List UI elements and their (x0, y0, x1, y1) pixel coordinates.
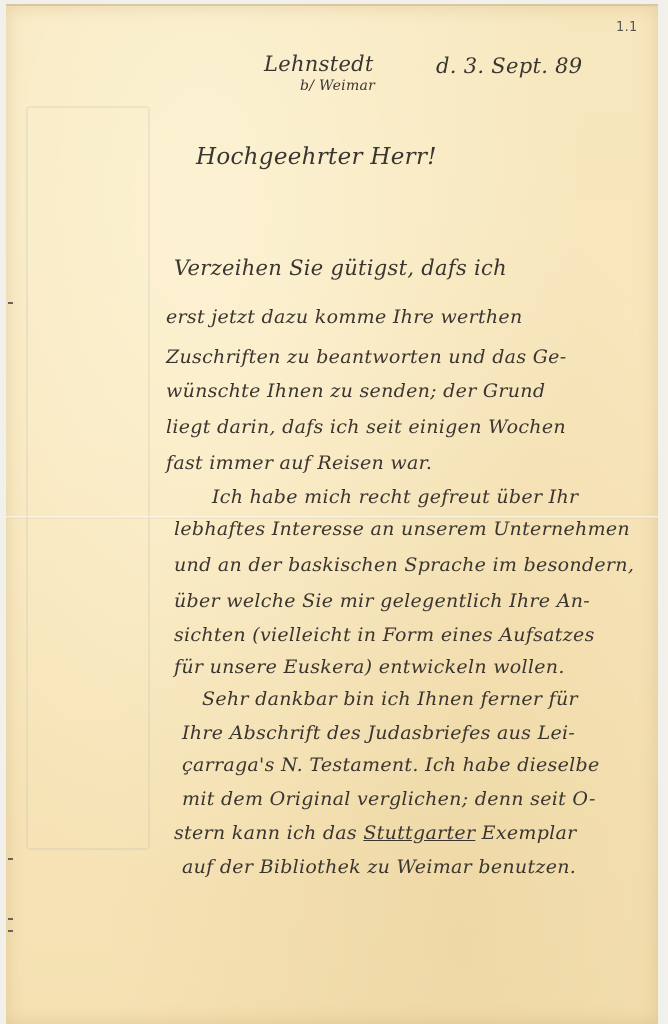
body-line: und an der baskischen Sprache im besonde… (174, 554, 634, 576)
body-line: liegt darin, dafs ich seit einigen Woche… (166, 416, 566, 438)
folio-number: 1.1 (616, 20, 638, 35)
letter-place: Lehnstedt (264, 52, 374, 76)
binding-mark (8, 930, 13, 932)
body-line: stern kann ich das Stuttgarter Exemplar (174, 822, 577, 844)
body-line: Verzeihen Sie gütigst, dafs ich (174, 256, 507, 280)
body-line: erst jetzt dazu komme Ihre werthen (166, 306, 523, 328)
body-line: Ich habe mich recht gefreut über Ihr (212, 486, 578, 508)
letter-page: 1.1 Lehnstedt d. 3. Sept. 89 b/ Weimar H… (6, 4, 658, 1024)
body-line: Zuschriften zu beantworten und das Ge- (166, 346, 566, 368)
binding-mark (8, 858, 13, 860)
letter-date: d. 3. Sept. 89 (436, 54, 582, 78)
body-line: über welche Sie mir gelegentlich Ihre An… (174, 590, 590, 612)
underlined-word: Stuttgarter (363, 822, 475, 844)
body-line-start: stern kann ich das (174, 822, 357, 844)
body-line: fast immer auf Reisen war. (166, 452, 432, 474)
body-line: Sehr dankbar bin ich Ihnen ferner für (202, 688, 578, 710)
binding-mark (8, 918, 13, 920)
body-line: lebhaftes Interesse an unserem Unternehm… (174, 518, 630, 540)
show-through-stain (26, 106, 150, 850)
body-line: Ihre Abschrift des Judasbriefes aus Lei- (182, 722, 575, 744)
body-line: wünschte Ihnen zu senden; der Grund (166, 380, 545, 402)
body-line: für unsere Euskera) entwickeln wollen. (174, 656, 565, 678)
salutation: Hochgeehrter Herr! (196, 144, 437, 170)
body-line-end: Exemplar (482, 822, 577, 844)
binding-mark (8, 302, 13, 304)
body-line: çarraga's N. Testament. Ich habe dieselb… (182, 754, 600, 776)
body-line: auf der Bibliothek zu Weimar benutzen. (182, 856, 576, 878)
body-line: sichten (vielleicht in Form eines Aufsat… (174, 624, 595, 646)
body-line: mit dem Original verglichen; denn seit O… (182, 788, 596, 810)
letter-place-sub: b/ Weimar (300, 78, 375, 94)
